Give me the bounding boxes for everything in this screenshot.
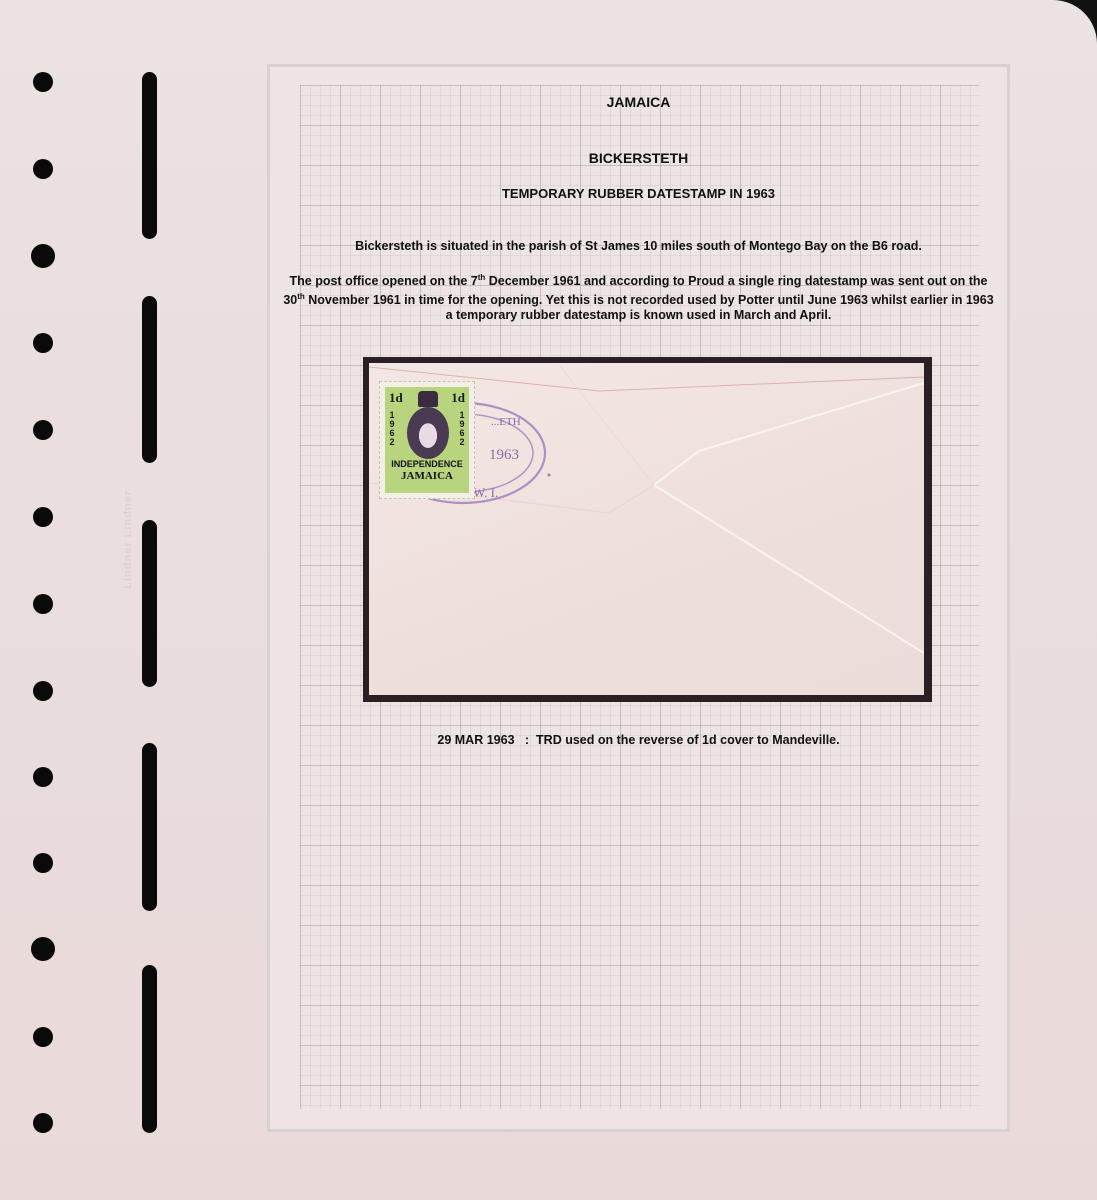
punch-hole — [33, 333, 53, 353]
punch-hole — [31, 937, 55, 961]
punch-hole — [33, 681, 53, 701]
punch-hole — [33, 853, 53, 873]
punch-hole — [31, 244, 55, 268]
postage-stamp: 1d 1d 1962 1962 INDEPENDENCE JAMAICA — [379, 381, 475, 499]
punch-hole — [33, 1113, 53, 1133]
postmark-top-text: ...ETH — [491, 416, 521, 428]
binder-slot — [142, 296, 157, 463]
cover-envelope: ...ETH 1963 JAMAICA W. I. 1d 1d 1962 196… — [369, 363, 924, 695]
punch-hole — [33, 594, 53, 614]
punch-hole — [33, 767, 53, 787]
page-title: JAMAICA — [270, 94, 1007, 110]
page-frame: JAMAICA BICKERSTETH TEMPORARY RUBBER DAT… — [267, 64, 1010, 1132]
stamp-country: JAMAICA — [385, 470, 469, 482]
stamp-value-right: 1d — [451, 390, 465, 406]
crown-icon — [418, 391, 438, 407]
stamp-year-right: 1962 — [458, 411, 466, 447]
body-text: The post office opened on the 7th Decemb… — [270, 270, 1007, 323]
queen-portrait-icon — [407, 407, 449, 459]
cover-mount: ...ETH 1963 JAMAICA W. I. 1d 1d 1962 196… — [363, 357, 932, 702]
stamp-design: 1d 1d 1962 1962 INDEPENDENCE JAMAICA — [385, 387, 469, 493]
punch-hole — [33, 420, 53, 440]
punch-hole — [33, 507, 53, 527]
intro-text: Bickersteth is situated in the parish of… — [270, 239, 1007, 253]
punch-hole — [33, 159, 53, 179]
cover-caption: 29 MAR 1963 : TRD used on the reverse of… — [270, 733, 1007, 747]
album-page: Lindner Lindner JAMAICA BICKERSTETH TEMP… — [0, 0, 1097, 1200]
stamp-overprint: INDEPENDENCE — [385, 459, 469, 469]
page-subtitle: BICKERSTETH — [270, 150, 1007, 166]
stamp-value-left: 1d — [389, 390, 403, 406]
punch-hole — [33, 72, 53, 92]
stamp-year-left: 1962 — [388, 411, 396, 447]
page-watermark: Lindner Lindner — [122, 490, 134, 589]
binder-slot — [142, 743, 157, 911]
punch-hole — [33, 1027, 53, 1047]
binder-slot — [142, 520, 157, 687]
binder-slot — [142, 72, 157, 239]
binder-slot — [142, 965, 157, 1133]
postmark-date: 1963 — [489, 447, 519, 463]
section-heading: TEMPORARY RUBBER DATESTAMP IN 1963 — [270, 186, 1007, 201]
